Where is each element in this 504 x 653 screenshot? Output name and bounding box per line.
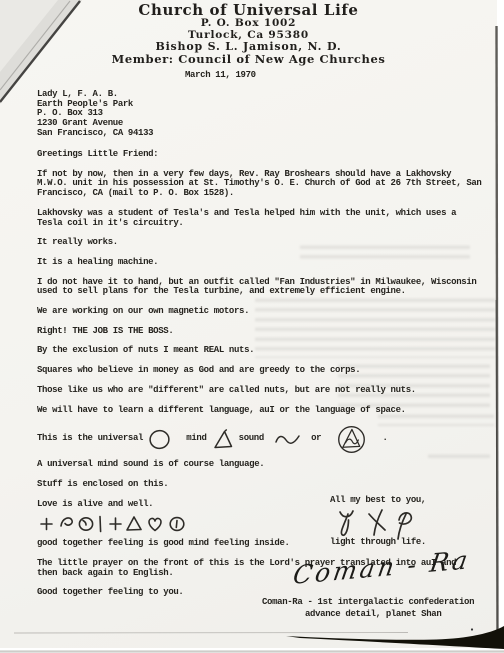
light-line: light through life. (330, 538, 426, 548)
letter-paragraph: Stuff is enclosed on this. (37, 480, 483, 490)
signoff-detail: advance detail, planet Shan (305, 610, 441, 620)
spacer (321, 434, 336, 444)
letter-paragraph: If not by now, then in a very few days, … (37, 170, 483, 199)
letterhead-member: Member: Council of New Age Churches (0, 53, 497, 66)
letter-paragraph: A universal mind sound is of course lang… (37, 460, 483, 470)
symbol-sentence-sound: sound (239, 434, 264, 444)
salutation: Greetings Little Friend: (37, 150, 483, 160)
letter-paragraph: It is a healing machine. (37, 258, 483, 268)
mind-triangle-icon (212, 428, 234, 450)
symbol-sentence-mind: mind (186, 434, 206, 444)
love-glyphs-svg (37, 512, 197, 536)
letter-paragraph: It really works. (37, 238, 483, 248)
sound-wave-icon (274, 432, 301, 447)
symbol-sentence-or: or (311, 434, 321, 444)
best-glyphs-svg (336, 505, 428, 541)
letter-paragraph: By the exclusion of nuts I meant REAL nu… (37, 346, 483, 356)
recipient-line: San Francisco, CA 94133 (37, 129, 153, 139)
letter-paragraph: I do not have it to hand, but an outfit … (37, 278, 483, 297)
symbol-sentence-terminator: . (383, 434, 388, 444)
letterhead-organization: Church of Universal Life (0, 2, 497, 18)
spacer (301, 434, 311, 444)
recipient-address: Lady L, F. A. B. Earth People's Park P. … (37, 90, 153, 139)
date-line: March 11, 1970 (185, 71, 256, 81)
spacer (264, 434, 274, 444)
letter-paragraph: We are working on our own magnetic motor… (37, 307, 483, 317)
letterhead: Church of Universal Life P. O. Box 1002 … (0, 2, 497, 66)
letter-paragraph: Those like us who are "different" are ca… (37, 386, 483, 396)
letterhead-po-box: P. O. Box 1002 (0, 18, 497, 30)
symbol-sentence-prefix: This is the universal (37, 434, 143, 444)
letter-paragraph: We will have to learn a different langua… (37, 406, 483, 416)
signoff-name: Coman-Ra - 1st intergalactic confederati… (262, 598, 474, 608)
letter-paragraph: Right! THE JOB IS THE BOSS. (37, 327, 483, 337)
scanned-letter-page: Church of Universal Life P. O. Box 1002 … (0, 0, 504, 653)
spacer (171, 434, 186, 444)
letter-paragraph: Squares who believe in money as God and … (37, 366, 483, 376)
letter-paragraph: Lakhovsky was a student of Tesla's and T… (37, 209, 483, 228)
spacer (367, 434, 382, 444)
language-symbol-icon (336, 424, 367, 455)
universal-circle-icon (148, 428, 171, 451)
universal-language-sentence: This is the universal mind sound or (37, 425, 483, 453)
